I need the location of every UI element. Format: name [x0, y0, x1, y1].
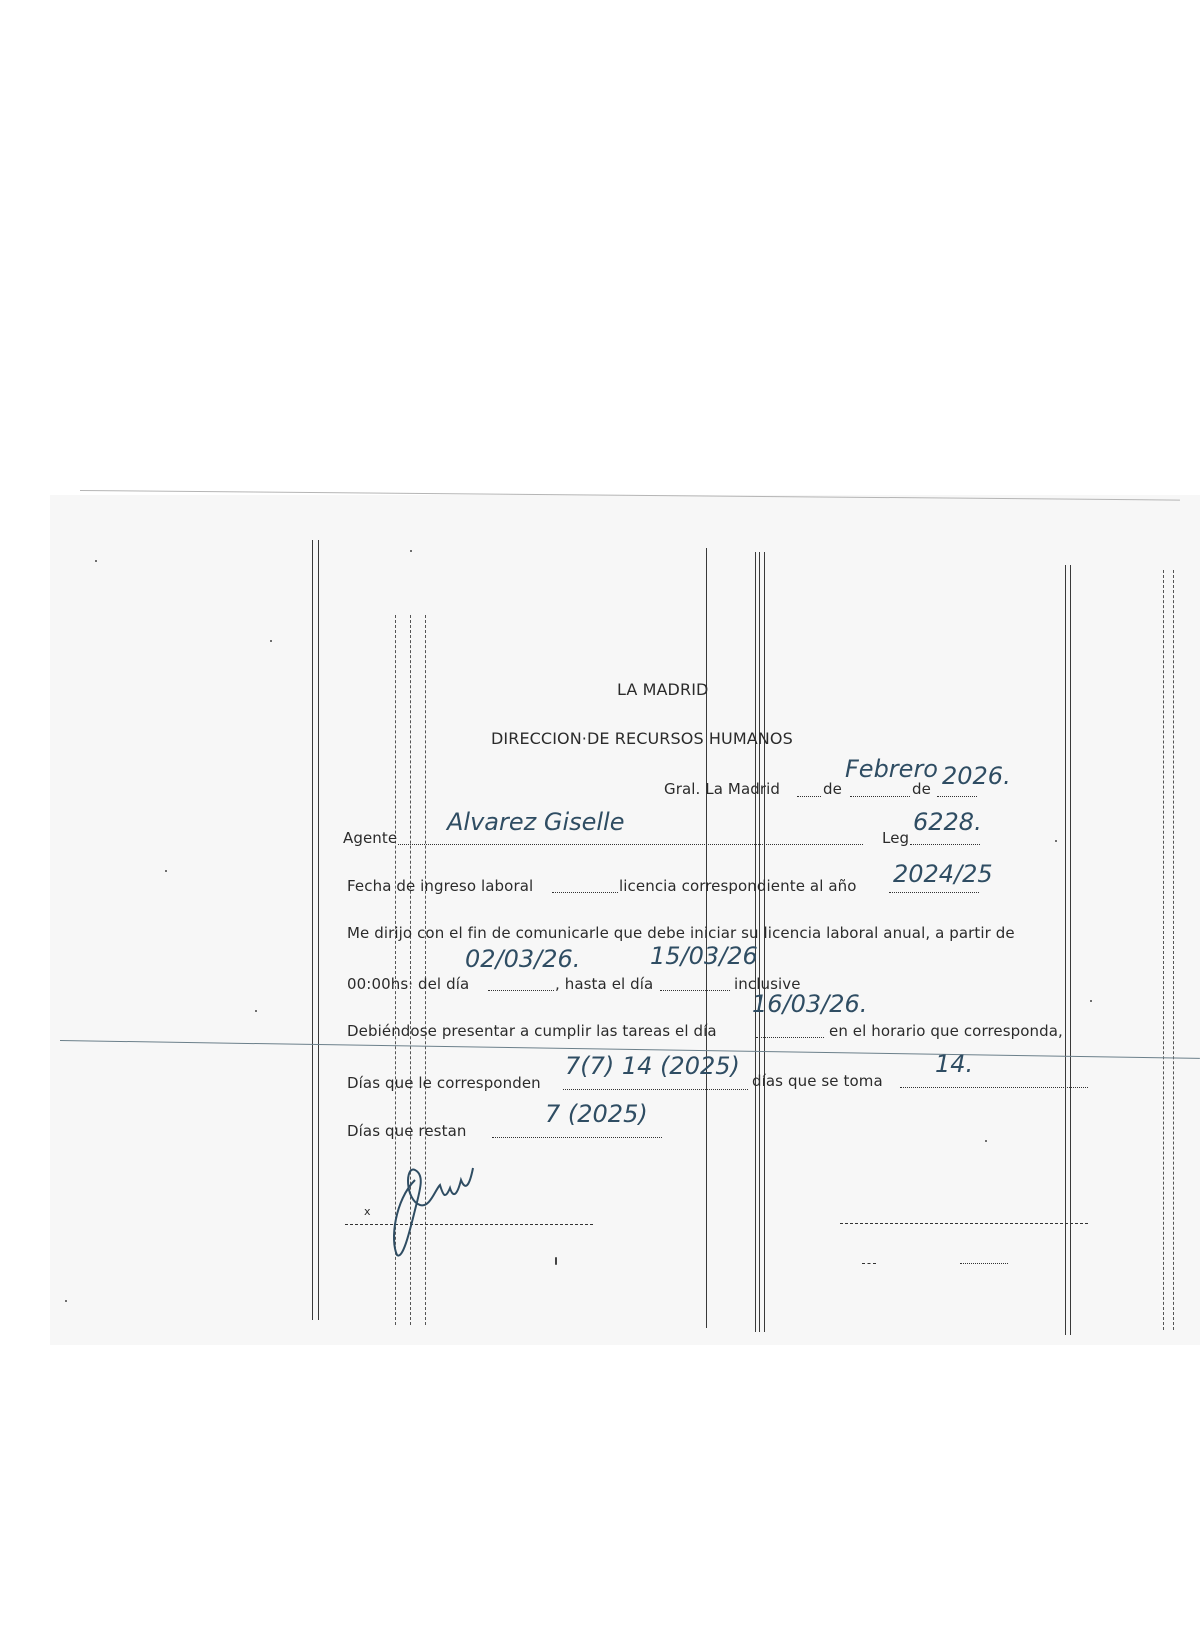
dias-corresponden-handwritten: 7(7) 14 (2025)	[565, 1052, 740, 1080]
start-date-field	[488, 989, 554, 991]
department-title: DIRECCION·DE RECURSOS HUMANOS	[491, 729, 793, 748]
return-date-field	[756, 1036, 824, 1038]
body-line-3-prefix: Debiéndose presentar a cumplir las tarea…	[347, 1022, 717, 1040]
dashed-scan-line	[1163, 570, 1165, 1330]
dias-restan-label: Días que restan	[347, 1122, 466, 1140]
dias-corresponden-label: Días que le corresponden	[347, 1074, 541, 1092]
leg-field	[910, 843, 980, 845]
licencia-year-field	[889, 891, 979, 893]
date-line-prefix: Gral. La Madrid	[664, 780, 780, 798]
body-line-3-suffix: en el horario que corresponda,	[829, 1022, 1063, 1040]
scan-speck	[1090, 1000, 1092, 1002]
scan-speck	[270, 640, 272, 642]
municipality-title: LA MADRID	[617, 680, 708, 699]
signature-x-mark: x	[364, 1205, 371, 1218]
dias-toma-field	[900, 1086, 1088, 1088]
signature-line-right	[840, 1222, 1088, 1224]
scan-speck	[255, 1010, 257, 1012]
fecha-ingreso-field	[552, 891, 618, 893]
leg-label: Leg	[882, 829, 909, 847]
year-field	[937, 795, 977, 797]
scanned-form-background	[50, 495, 1200, 1345]
form-border-right	[1065, 565, 1066, 1335]
signature-caption-mark	[960, 1262, 1008, 1264]
agent-label: Agente	[343, 829, 397, 847]
agent-name-field	[398, 843, 863, 845]
agent-name-handwritten: Alvarez Giselle	[447, 808, 625, 836]
date-line-de: de	[823, 780, 842, 798]
column-line	[764, 552, 765, 1332]
end-date-handwritten: 15/03/26	[650, 942, 758, 970]
dias-restan-field	[492, 1136, 662, 1138]
licencia-label: licencia correspondiente al año	[619, 877, 857, 895]
form-border-left	[312, 540, 313, 1320]
scan-speck	[555, 1257, 557, 1265]
handwritten-signature-icon	[385, 1160, 505, 1260]
leg-handwritten: 6228.	[913, 808, 982, 836]
signature-caption-mark	[862, 1262, 876, 1264]
month-field	[850, 795, 910, 797]
form-border-left-inner	[318, 540, 319, 1320]
scan-speck	[95, 560, 97, 562]
dias-restan-handwritten: 7 (2025)	[545, 1100, 648, 1128]
body-line-2-prefix: 00:00hs· del día	[347, 975, 469, 993]
scan-speck	[410, 550, 412, 552]
return-date-handwritten: 16/03/26.	[752, 990, 867, 1018]
dias-toma-handwritten: 14.	[935, 1050, 973, 1078]
scan-speck	[165, 870, 167, 872]
start-date-handwritten: 02/03/26.	[465, 945, 580, 973]
month-handwritten: Febrero	[845, 755, 938, 783]
scan-speck	[985, 1140, 987, 1142]
body-line-2-mid: , hasta el día	[555, 975, 653, 993]
body-line-1: Me dirijo con el fin de comunicarle que …	[347, 924, 1015, 942]
scan-speck	[1055, 840, 1057, 842]
dias-corresponden-field	[563, 1088, 748, 1090]
column-line	[759, 552, 760, 1332]
dias-toma-label: días que se toma	[752, 1072, 883, 1090]
form-border-right-inner	[1070, 565, 1071, 1335]
date-line-de-2: de	[912, 780, 931, 798]
scan-speck	[65, 1300, 67, 1302]
fecha-ingreso-label: Fecha de ingreso laboral	[347, 877, 533, 895]
end-date-field	[660, 989, 730, 991]
year-handwritten: 2026.	[942, 762, 1011, 790]
licencia-year-handwritten: 2024/25	[893, 860, 993, 888]
dotted-field	[797, 795, 821, 797]
dashed-scan-line	[1173, 570, 1175, 1330]
